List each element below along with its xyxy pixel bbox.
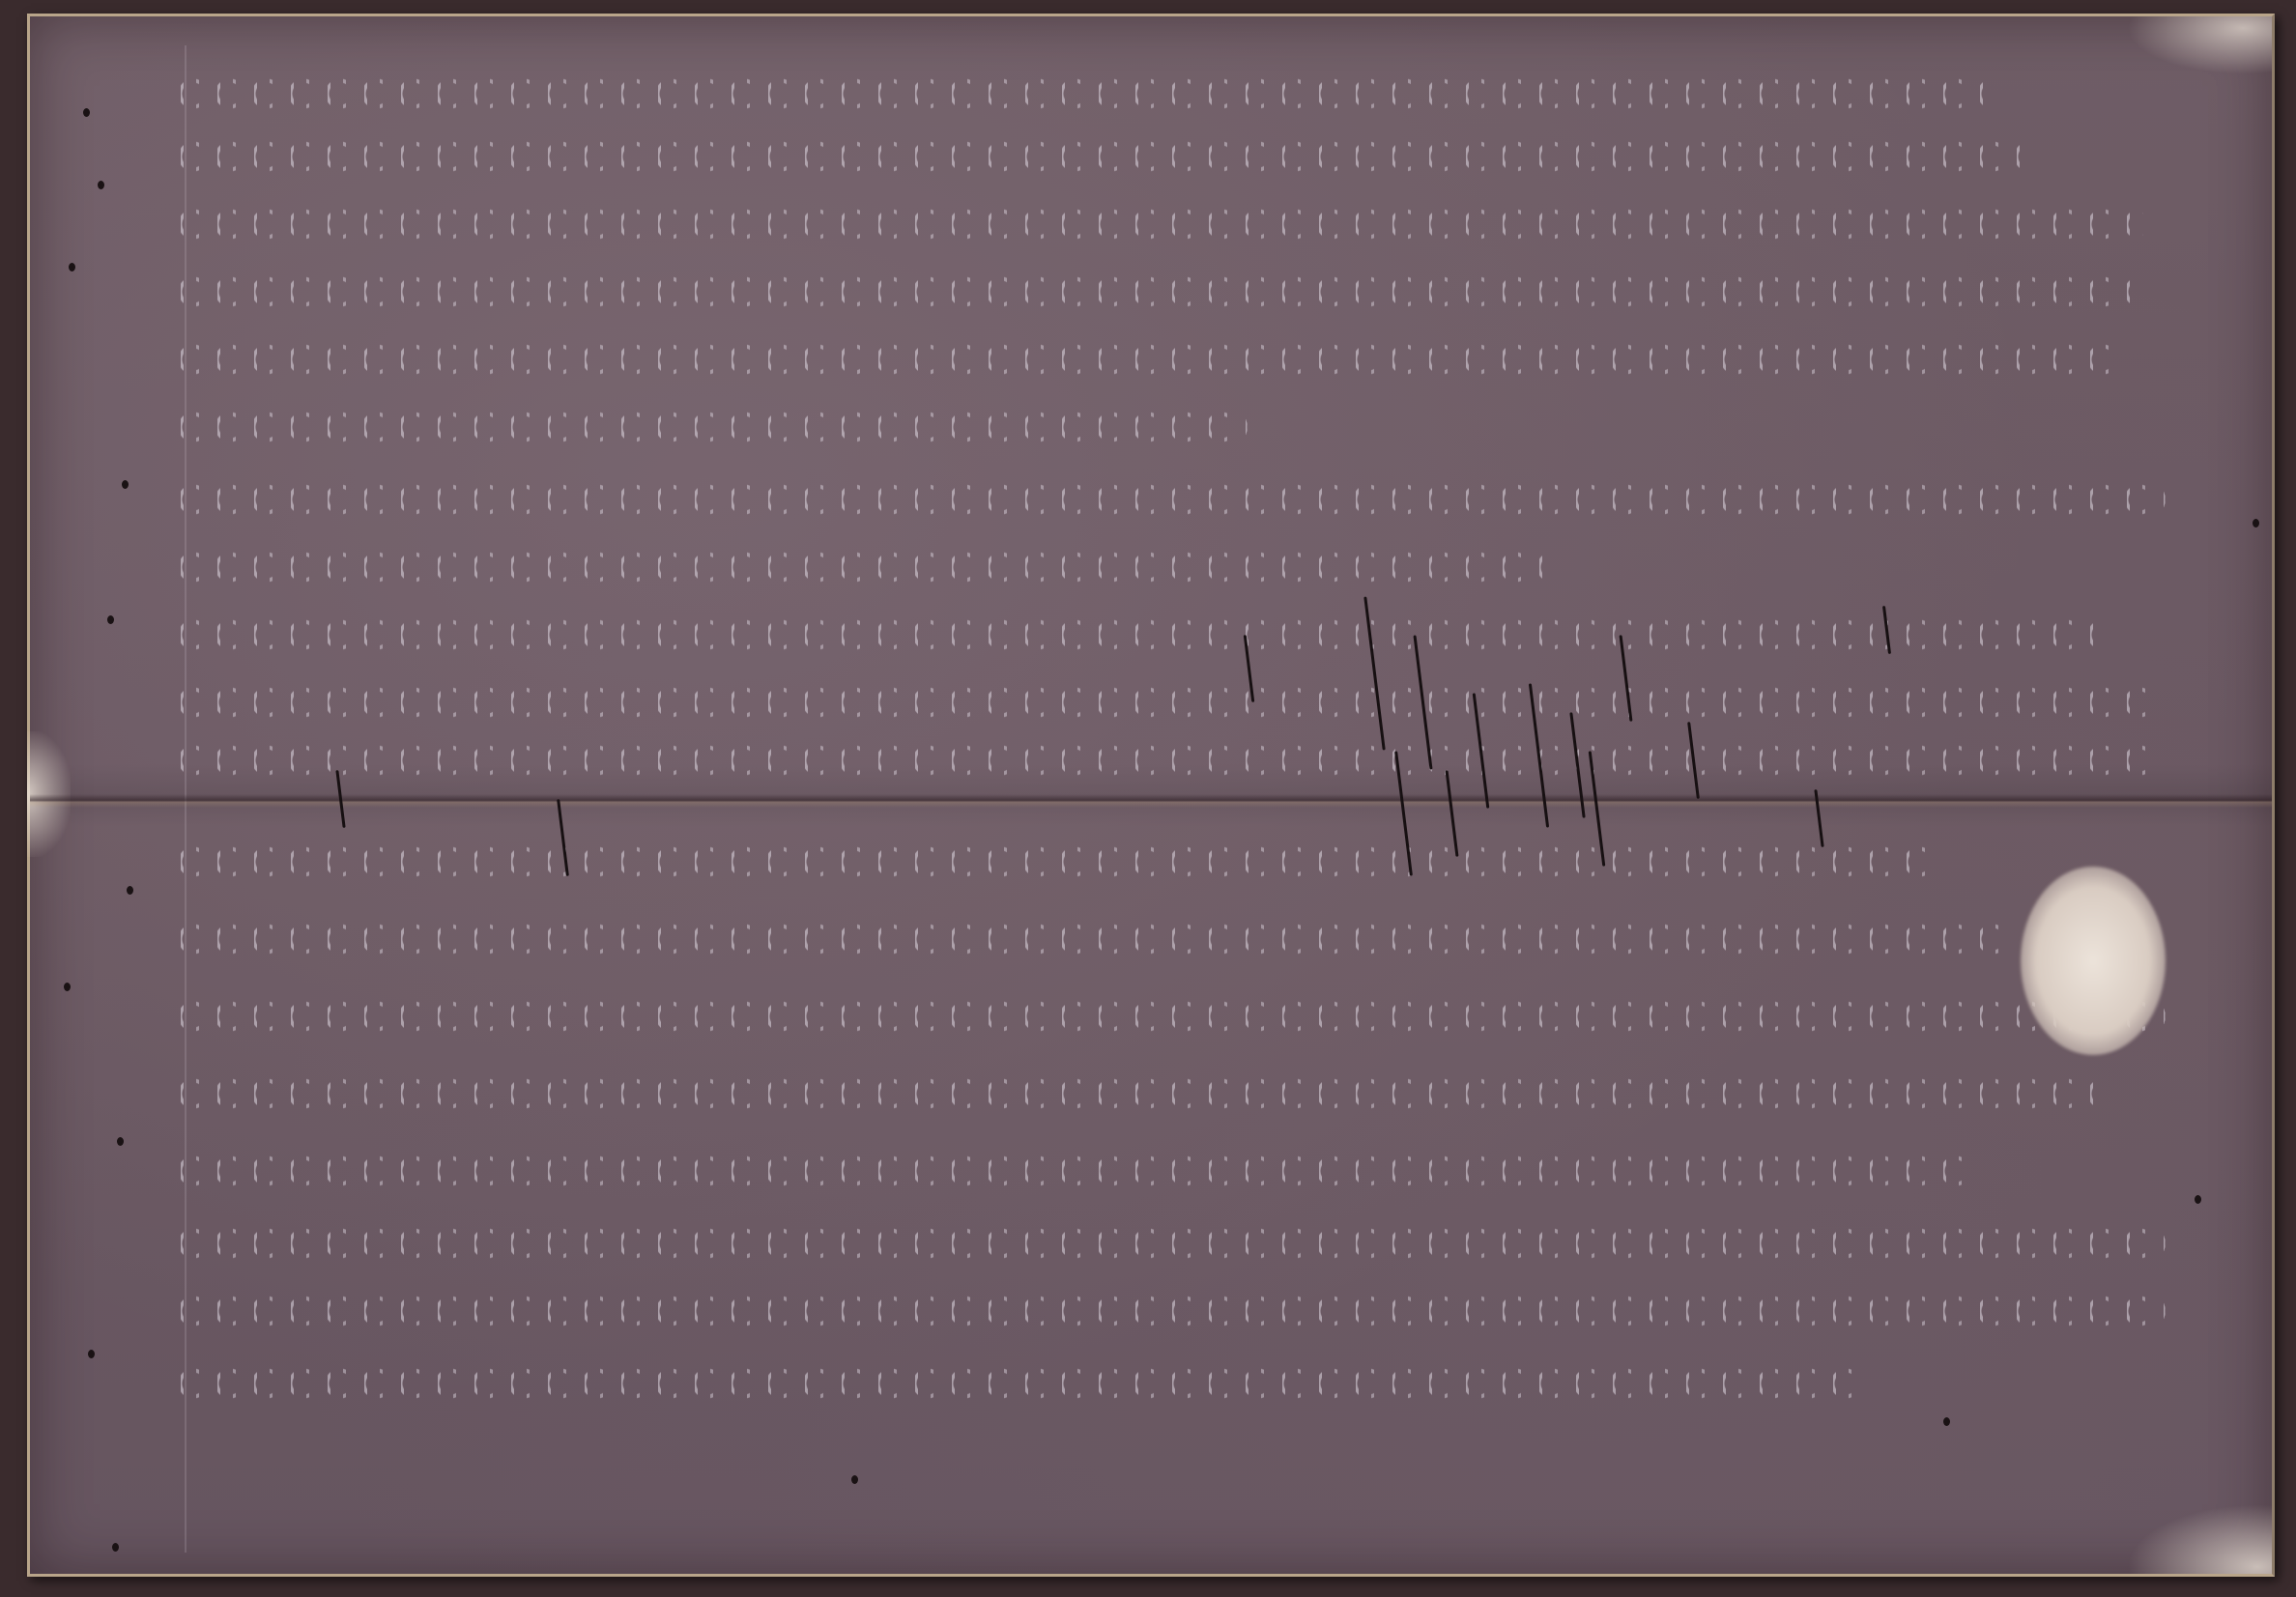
handwritten-script — [175, 340, 2117, 379]
script-line — [175, 1074, 2108, 1128]
handwritten-script — [175, 272, 2137, 311]
ink-speck — [2195, 1195, 2201, 1204]
ink-speck — [83, 108, 90, 117]
ink-speck — [88, 1350, 95, 1358]
handwritten-script — [175, 137, 2030, 176]
script-line — [175, 615, 2108, 670]
photo-background — [0, 0, 2296, 1597]
script-line — [175, 137, 2030, 191]
abraded-patch — [2021, 867, 2166, 1055]
handwritten-script — [175, 920, 2011, 958]
handwritten-script — [175, 74, 1992, 113]
handwritten-script — [175, 1152, 1972, 1190]
script-line — [175, 1224, 2166, 1278]
handwritten-script — [175, 615, 2108, 654]
script-line — [175, 480, 2166, 534]
worn-corner-bottom-right — [2127, 1504, 2272, 1574]
ink-speck — [112, 1543, 119, 1552]
ink-speck — [127, 886, 133, 895]
script-line — [175, 1152, 1972, 1206]
worn-corner-top-right — [2127, 16, 2272, 74]
script-line — [175, 1292, 2166, 1346]
ink-speck — [851, 1475, 858, 1484]
ink-speck — [117, 1137, 124, 1146]
ink-speck — [1943, 1417, 1950, 1426]
script-line — [175, 408, 1248, 462]
ink-speck — [122, 480, 129, 489]
script-line — [175, 920, 2011, 974]
script-line — [175, 997, 2166, 1051]
manuscript-sheet — [27, 14, 2275, 1577]
script-line — [175, 272, 2137, 327]
script-line — [175, 842, 1943, 897]
ink-speck — [69, 263, 75, 271]
handwritten-script — [175, 842, 1943, 881]
script-line — [175, 205, 2146, 259]
handwritten-script — [175, 1074, 2108, 1113]
script-line — [175, 548, 1547, 602]
script-line — [175, 340, 2117, 394]
handwritten-script — [175, 408, 1248, 446]
handwritten-script — [175, 205, 2146, 243]
ink-speck — [98, 181, 104, 189]
ink-speck — [107, 615, 114, 624]
ink-speck — [64, 983, 71, 991]
handwritten-script — [175, 548, 1547, 586]
script-line — [175, 74, 1992, 128]
script-line — [175, 1364, 1866, 1418]
script-line — [175, 683, 2156, 737]
handwritten-script — [175, 997, 2166, 1036]
handwritten-script — [175, 1224, 2166, 1263]
handwritten-script — [175, 683, 2156, 722]
handwritten-script — [175, 1292, 2166, 1330]
fold-line — [30, 794, 2272, 808]
handwritten-script — [175, 1364, 1866, 1403]
handwritten-script — [175, 741, 2156, 780]
script-line — [175, 741, 2156, 795]
ink-speck — [2253, 519, 2259, 528]
handwritten-script — [175, 480, 2166, 519]
